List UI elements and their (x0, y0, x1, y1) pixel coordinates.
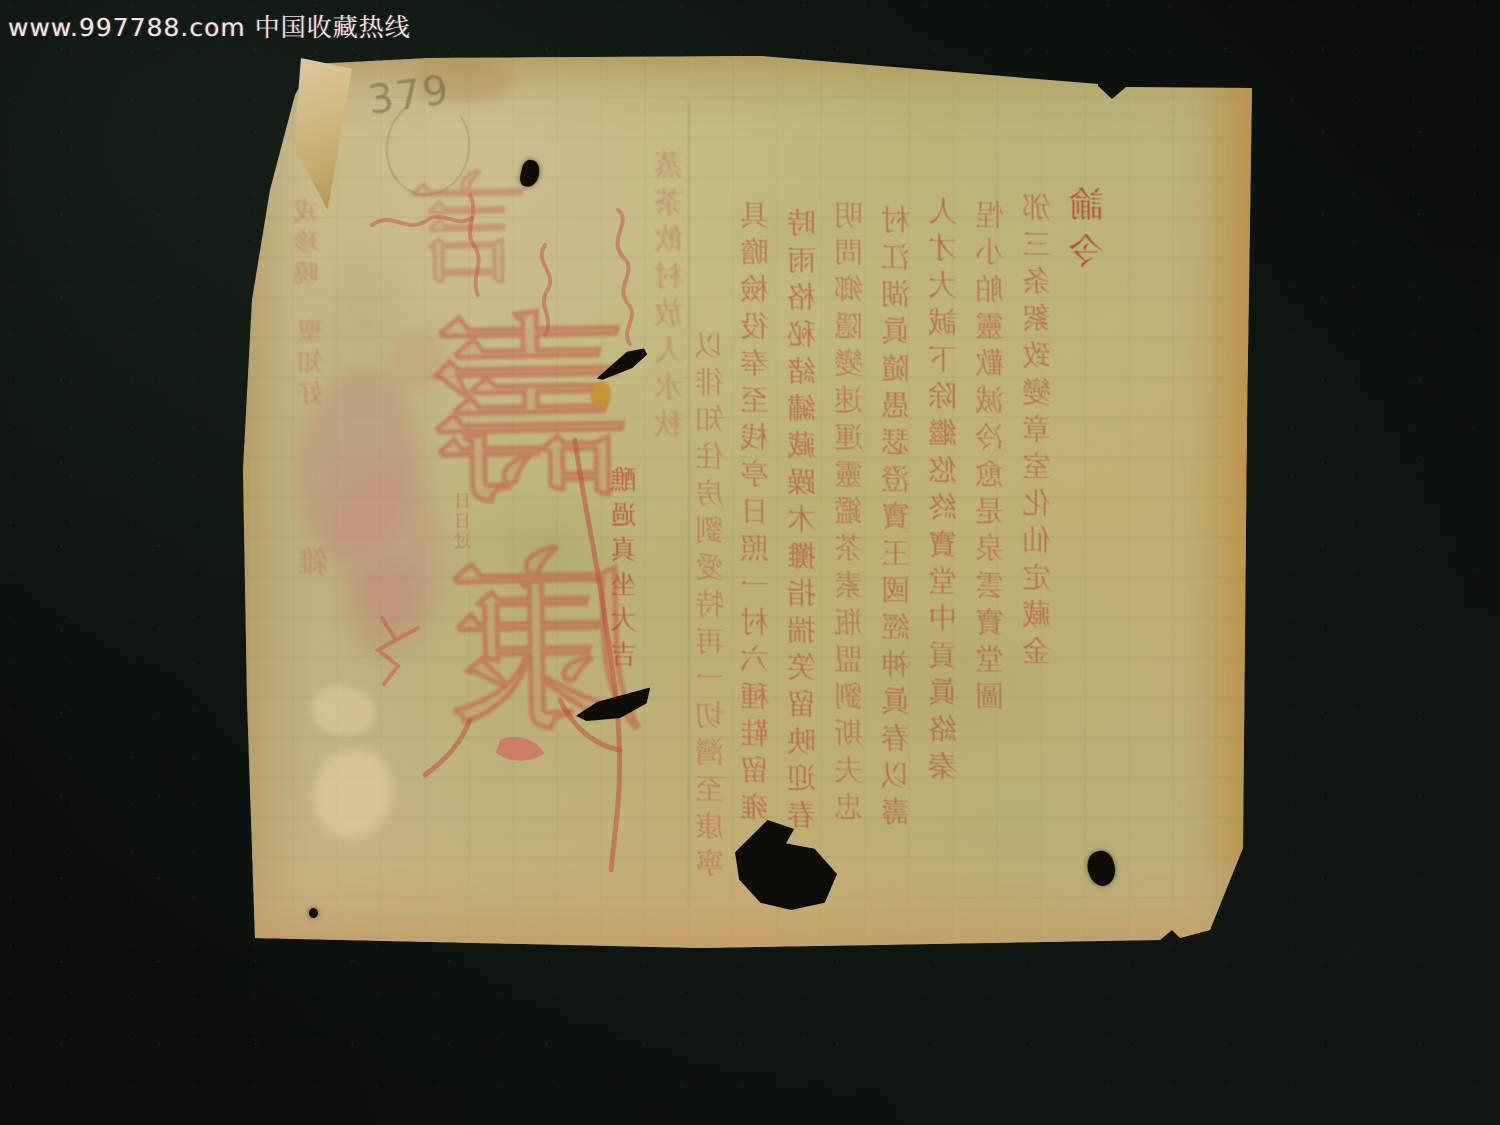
ink-squiggle-marks (240, 54, 1256, 952)
ochre-spot (590, 382, 611, 408)
black-speck-bottom-left (309, 908, 318, 918)
watermark-text: www.997788.com 中国收藏热线 (8, 8, 411, 44)
old-paper-sheet: 379 諭令 邠三条絮致變章室化仙定藏金 悜小舶靈歡滅冷愈是泉雲寶堂圖 人才大誠… (240, 54, 1256, 952)
